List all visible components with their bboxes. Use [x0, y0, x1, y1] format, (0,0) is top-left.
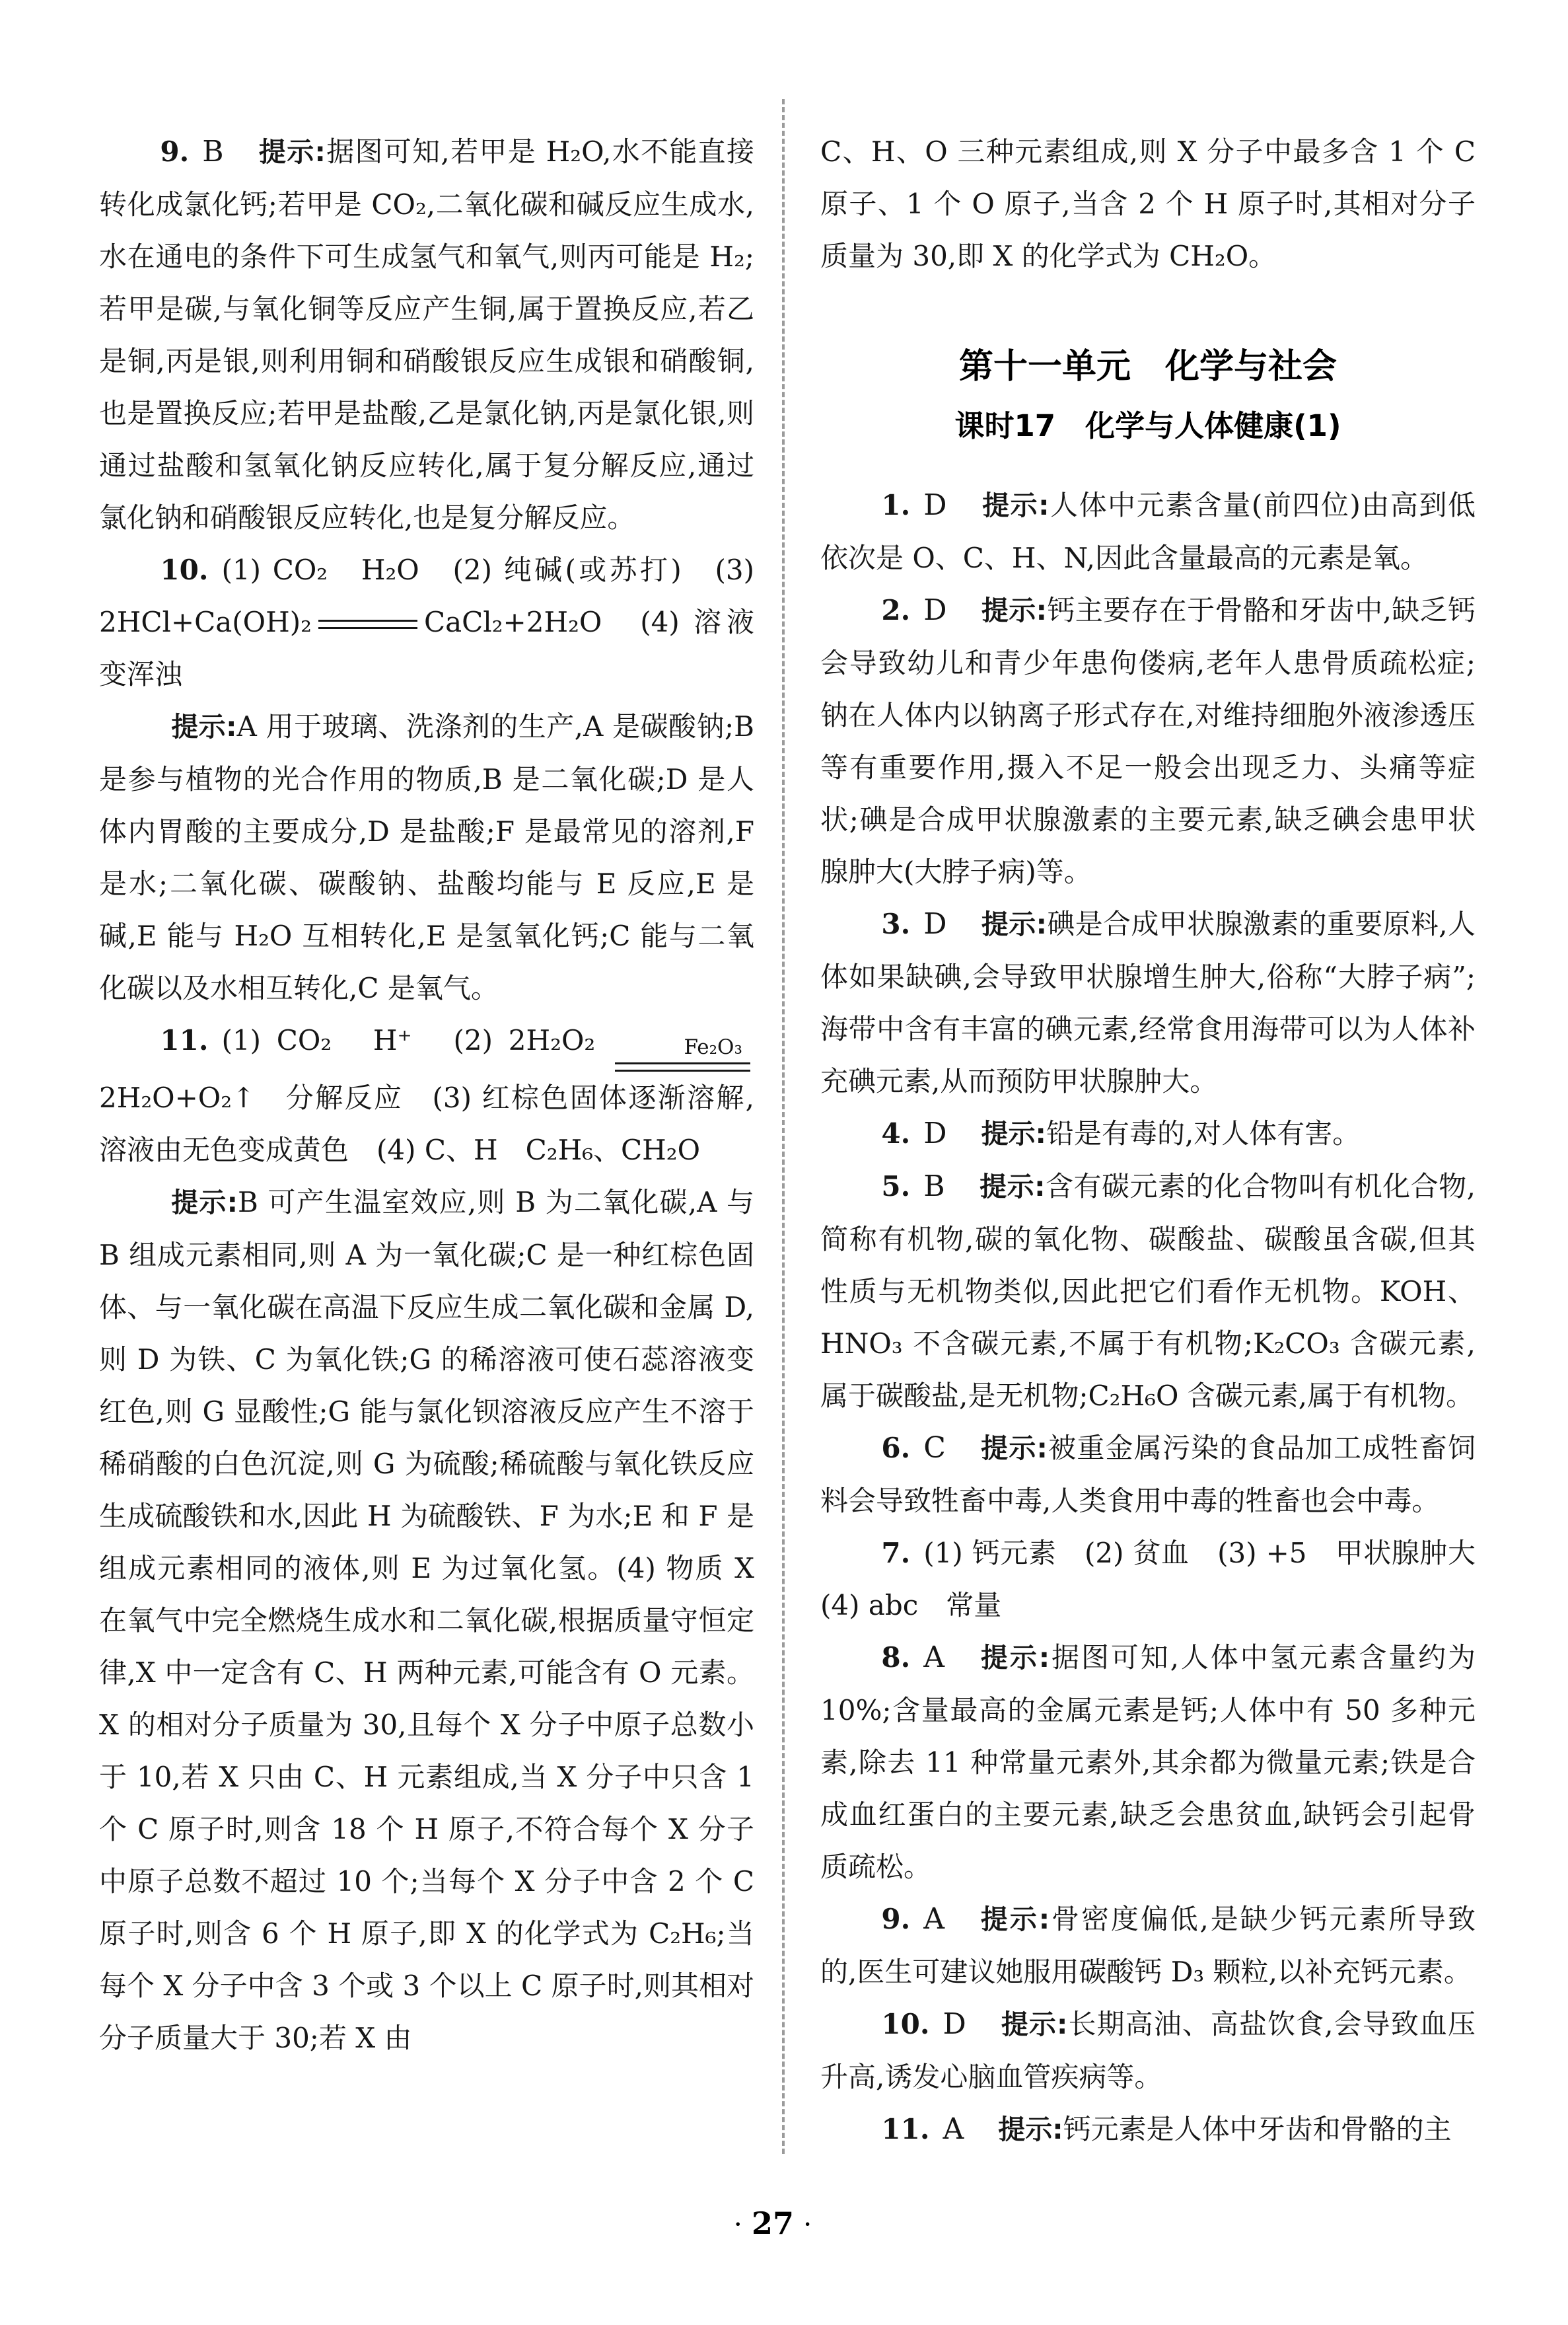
- answer-item-2: 2.D提示:钙主要存在于骨骼和牙齿中,缺乏钙会导致幼儿和青少年患佝偻病,老年人患…: [820, 584, 1476, 898]
- answer-number: 11.: [160, 1024, 208, 1056]
- answer-number: 2.: [881, 594, 910, 626]
- answer-letter: D: [923, 907, 946, 941]
- answer-number: 7.: [881, 1537, 910, 1569]
- answer-number: 9.: [160, 135, 189, 168]
- double-bond-line: [318, 620, 417, 629]
- answer-text: 被重金属污染的食品加工成牲畜饲料会导致牲畜中毒,人类食用中毒的牲畜也会中毒。: [820, 1432, 1476, 1517]
- answer-text: (1) CO₂ H₂O (2) 纯碱(或苏打) (3): [221, 554, 754, 586]
- hint-label: 提示:: [981, 595, 1047, 626]
- answer-item-5: 5.B提示:含有碳元素的化合物叫有机化合物,简称有机物,碳的氧化物、碳酸盐、碳酸…: [820, 1160, 1476, 1422]
- answer-text: 钙主要存在于骨骼和牙齿中,缺乏钙会导致幼儿和青少年患佝偻病,老年人患骨质疏松症;…: [820, 594, 1476, 888]
- answer-item-9-right: 9.A提示:骨密度偏低,是缺少钙元素所导致的,医生可建议她服用碳酸钙 D₃ 颗粒…: [820, 1893, 1476, 1998]
- answer-text: (1) CO₂ H⁺ (2) 2H₂O₂: [221, 1024, 611, 1056]
- unit-title: 第十一单元 化学与社会: [820, 346, 1476, 388]
- hint-label: 提示:: [258, 136, 326, 168]
- answer-text: (1) 钙元素 (2) 贫血 (3) +5 甲状腺肿大 (4) abc 常量: [820, 1537, 1503, 1621]
- answer-letter: A: [943, 2112, 964, 2146]
- answer-item-10: 10.(1) CO₂ H₂O (2) 纯碱(或苏打) (3) 2HCl+Ca(O…: [99, 544, 754, 700]
- hint-text: B 可产生温室效应,则 B 为二氧化碳,A 与 B 组成元素相同,则 A 为一氧…: [99, 1186, 754, 2054]
- answer-item-6: 6.C提示:被重金属污染的食品加工成牲畜饲料会导致牲畜中毒,人类食用中毒的牲畜也…: [820, 1422, 1476, 1527]
- hint-label: 提示:: [981, 490, 1050, 521]
- hint-label: 提示:: [1001, 2009, 1068, 2040]
- hint-label: 提示:: [981, 1118, 1046, 1150]
- answer-page: 9.B提示:据图可知,若甲是 H₂O,水不能直接转化成氯化钙;若甲是 CO₂,二…: [0, 0, 1568, 2325]
- equation-right-side: CaCl₂+2H₂O: [424, 606, 602, 638]
- lesson-title: 课时17 化学与人体健康(1): [820, 408, 1476, 445]
- answer-letter: D: [943, 2007, 966, 2041]
- answer-number: 9.: [881, 1903, 910, 1935]
- answer-number: 6.: [881, 1432, 910, 1464]
- answer-number: 11.: [881, 2113, 929, 2145]
- answer-text: 骨密度偏低,是缺少钙元素所导致的,医生可建议她服用碳酸钙 D₃ 颗粒,以补充钙元…: [820, 1903, 1476, 1988]
- hint-label: 提示:: [980, 1171, 1046, 1202]
- answer-text: 2H₂O+O₂↑ 分解反应 (3) 红棕色固体逐渐溶解,溶液由无色变成黄色 (4…: [99, 1082, 754, 1166]
- answer-letter: A: [923, 1641, 944, 1674]
- answer-letter: C: [923, 1431, 946, 1465]
- column-divider: [782, 99, 785, 2154]
- chemical-equation-condition: Fe₂O₃: [615, 1035, 750, 1072]
- answer-number: 4.: [881, 1117, 910, 1150]
- page-number: ·27·: [660, 2205, 885, 2241]
- answer-item-8: 8.A提示:据图可知,人体中氢元素含量约为 10%;含量最高的金属元素是钙;人体…: [820, 1631, 1476, 1893]
- answer-item-11: 11.(1) CO₂ H⁺ (2) 2H₂O₂ Fe₂O₃ 2H₂O+O₂↑ 分…: [99, 1014, 754, 1176]
- page-number-dot-right: ·: [803, 2208, 812, 2240]
- answer-item-4: 4.D提示:铅是有毒的,对人体有害。: [820, 1107, 1476, 1160]
- answer-text: 据图可知,若甲是 H₂O,水不能直接转化成氯化钙;若甲是 CO₂,二氧化碳和碱反…: [99, 135, 754, 534]
- answer-number: 8.: [881, 1641, 910, 1674]
- answer-text: 钙元素是人体中牙齿和骨骼的主: [1063, 2113, 1452, 2145]
- answer-text: 据图可知,人体中氢元素含量约为 10%;含量最高的金属元素是钙;人体中有 50 …: [820, 1641, 1476, 1883]
- answer-text: 碘是合成甲状腺激素的重要原料,人体如果缺碘,会导致甲状腺增生肿大,俗称“大脖子病…: [820, 908, 1476, 1097]
- answer-letter: D: [923, 488, 946, 522]
- answer-number: 1.: [881, 489, 910, 521]
- hint-label: 提示:: [171, 1187, 238, 1218]
- answer-text: 人体中元素含量(前四位)由高到低依次是 O、C、H、N,因此含量最高的元素是氧。: [820, 489, 1476, 574]
- double-bond-line: [615, 1062, 750, 1072]
- answer-number: 3.: [881, 908, 910, 940]
- answer-item-10-hint: 提示:A 用于玻璃、洗涤剂的生产,A 是碳酸钠;B 是参与植物的光合作用的物质,…: [99, 700, 754, 1014]
- answer-item-3: 3.D提示:碘是合成甲状腺激素的重要原料,人体如果缺碘,会导致甲状腺增生肿大,俗…: [820, 898, 1476, 1107]
- answer-item-9: 9.B提示:据图可知,若甲是 H₂O,水不能直接转化成氯化钙;若甲是 CO₂,二…: [99, 126, 754, 544]
- answer-item-1: 1.D提示:人体中元素含量(前四位)由高到低依次是 O、C、H、N,因此含量最高…: [820, 479, 1476, 584]
- answer-number: 5.: [881, 1170, 910, 1202]
- hint-label: 提示:: [998, 2114, 1063, 2145]
- answer-item-7: 7.(1) 钙元素 (2) 贫血 (3) +5 甲状腺肿大 (4) abc 常量: [820, 1527, 1476, 1631]
- answer-number: 10.: [881, 2008, 929, 2040]
- answer-item-11-right: 11.A提示:钙元素是人体中牙齿和骨骼的主: [820, 2103, 1476, 2156]
- hint-label: 提示:: [980, 1432, 1048, 1464]
- answer-letter: D: [923, 593, 946, 627]
- answer-item-10-right: 10.D提示:长期高油、高盐饮食,会导致血压升高,诱发心脑血管疾病等。: [820, 1998, 1476, 2103]
- answer-text: 铅是有毒的,对人体有害。: [1046, 1117, 1360, 1150]
- hint-label: 提示:: [979, 1903, 1050, 1935]
- catalyst-label: Fe₂O₃: [623, 1035, 742, 1059]
- answer-number: 10.: [160, 554, 208, 586]
- hint-label: 提示:: [981, 908, 1047, 940]
- left-column: 9.B提示:据图可知,若甲是 H₂O,水不能直接转化成氯化钙;若甲是 CO₂,二…: [99, 126, 754, 2064]
- page-number-dot-left: ·: [734, 2208, 742, 2240]
- right-column: C、H、O 三种元素组成,则 X 分子中最多含 1 个 C 原子、1 个 O 原…: [820, 126, 1476, 2156]
- hint-label: 提示:: [171, 711, 236, 743]
- hint-label: 提示:: [979, 1642, 1050, 1674]
- answer-letter: D: [923, 1117, 946, 1150]
- answer-text: 含有碳元素的化合物叫有机化合物,简称有机物,碳的氧化物、碳酸盐、碳酸虽含碳,但其…: [820, 1170, 1476, 1412]
- answer-letter: B: [923, 1169, 944, 1203]
- continuation-text: C、H、O 三种元素组成,则 X 分子中最多含 1 个 C 原子、1 个 O 原…: [820, 126, 1476, 282]
- equation-left-side: 2HCl+Ca(OH)₂: [99, 606, 312, 638]
- answer-letter: B: [202, 135, 223, 168]
- answer-letter: A: [923, 1902, 944, 1936]
- hint-text: A 用于玻璃、洗涤剂的生产,A 是碳酸钠;B 是参与植物的光合作用的物质,B 是…: [99, 710, 754, 1004]
- page-number-value: 27: [752, 2205, 794, 2241]
- answer-item-11-hint: 提示:B 可产生温室效应,则 B 为二氧化碳,A 与 B 组成元素相同,则 A …: [99, 1176, 754, 2064]
